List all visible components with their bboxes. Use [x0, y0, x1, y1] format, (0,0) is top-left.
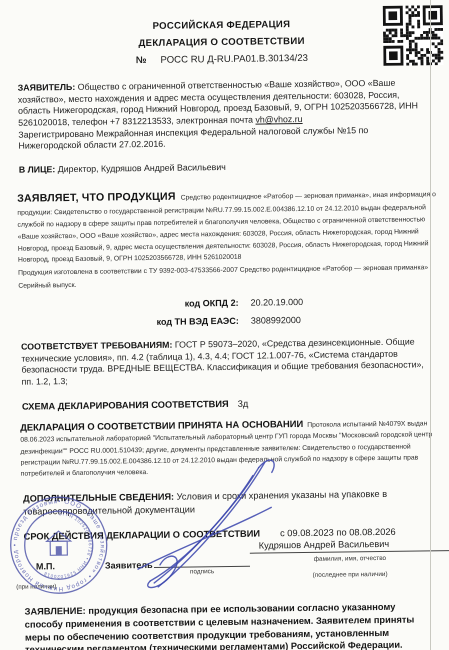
qr-code-icon	[383, 5, 444, 66]
okpd-value: 20.20.19.000	[250, 297, 303, 308]
scheme-row: СХЕМА ДЕКЛАРИРОВАНИЯ СООТВЕТСТВИЯ3д	[22, 396, 427, 411]
document-header: РОССИЙСКАЯ ФЕДЕРАЦИЯ ДЕКЛАРАЦИЯ О СООТВЕ…	[0, 0, 446, 68]
applicant-text: Общество с ограниченной ответственностью…	[18, 78, 418, 128]
applicant-paragraph: ЗАЯВИТЕЛЬ: Общество с ограниченной ответ…	[18, 77, 424, 152]
company-stamp-icon: • ООО «Ваше хозяйство» • город Нижний Но…	[3, 489, 114, 600]
doc-number-row: №РОСС RU Д-RU.РА01.В.30134/23	[0, 51, 446, 68]
applicant-email: vh@vhoz.ru	[255, 114, 302, 125]
declares-label: ЗАЯВЛЯЕТ, ЧТО ПРОДУКЦИЯ	[17, 190, 176, 204]
scheme-value: 3д	[238, 398, 249, 408]
validity-value: с 09.08.2023 по 08.08.2026	[280, 527, 396, 539]
complies-paragraph: СООТВЕТСТВУЕТ ТРЕБОВАНИЯМ: ГОСТ Р 59073–…	[21, 336, 427, 388]
applicant-label: ЗАЯВИТЕЛЬ:	[18, 82, 76, 93]
doc-number-label: №	[136, 55, 147, 66]
okpd-row: код ОКПД 2: 20.20.19.000	[1, 295, 449, 311]
doc-title: ДЕКЛАРАЦИЯ О СООТВЕТСТВИИ	[0, 34, 446, 51]
tnved-label: код ТН ВЭД ЕАЭС:	[1, 316, 239, 329]
tnved-value: 3808992000	[251, 315, 301, 326]
basis-label: ДЕКЛАРАЦИЯ О СООТВЕТСТВИИ ПРИНЯТА НА ОСН…	[20, 418, 303, 433]
in-person-text: Директор, Кудряшов Андрей Васильевич	[58, 162, 226, 174]
in-person-label: В ЛИЦЕ:	[19, 164, 56, 174]
doc-country: РОССИЙСКАЯ ФЕДЕРАЦИЯ	[0, 17, 446, 34]
applicant-registered: Зарегистрировано Межрайонная инспекция Ф…	[18, 124, 423, 153]
statement-paragraph: ЗАЯВЛЕНИЕ: продукция безопасна при ее ис…	[25, 600, 431, 650]
tnved-row: код ТН ВЭД ЕАЭС: 3808992000	[1, 313, 449, 329]
complies-label: СООТВЕТСТВУЕТ ТРЕБОВАНИЯМ:	[21, 340, 172, 352]
signature-scribble-icon	[128, 445, 290, 597]
statement-label: ЗАЯВЛЕНИЕ:	[25, 606, 86, 617]
in-person-paragraph: В ЛИЦЕ: Директор, Кудряшов Андрей Василь…	[19, 160, 424, 177]
declares-paragraph: ЗАЯВЛЯЕТ, ЧТО ПРОДУКЦИЯСредство родентиц…	[17, 184, 446, 293]
scan-edge-line	[430, 0, 431, 650]
doc-number: РОСС RU Д-RU.РА01.В.30134/23	[160, 53, 308, 66]
scheme-label: СХЕМА ДЕКЛАРИРОВАНИЯ СООТВЕТСТВИЯ	[22, 399, 229, 412]
okpd-label: код ОКПД 2:	[1, 298, 239, 311]
declaration-document: РОССИЙСКАЯ ФЕДЕРАЦИЯ ДЕКЛАРАЦИЯ О СООТВЕ…	[0, 0, 449, 650]
stamp-house-icon	[47, 531, 71, 555]
